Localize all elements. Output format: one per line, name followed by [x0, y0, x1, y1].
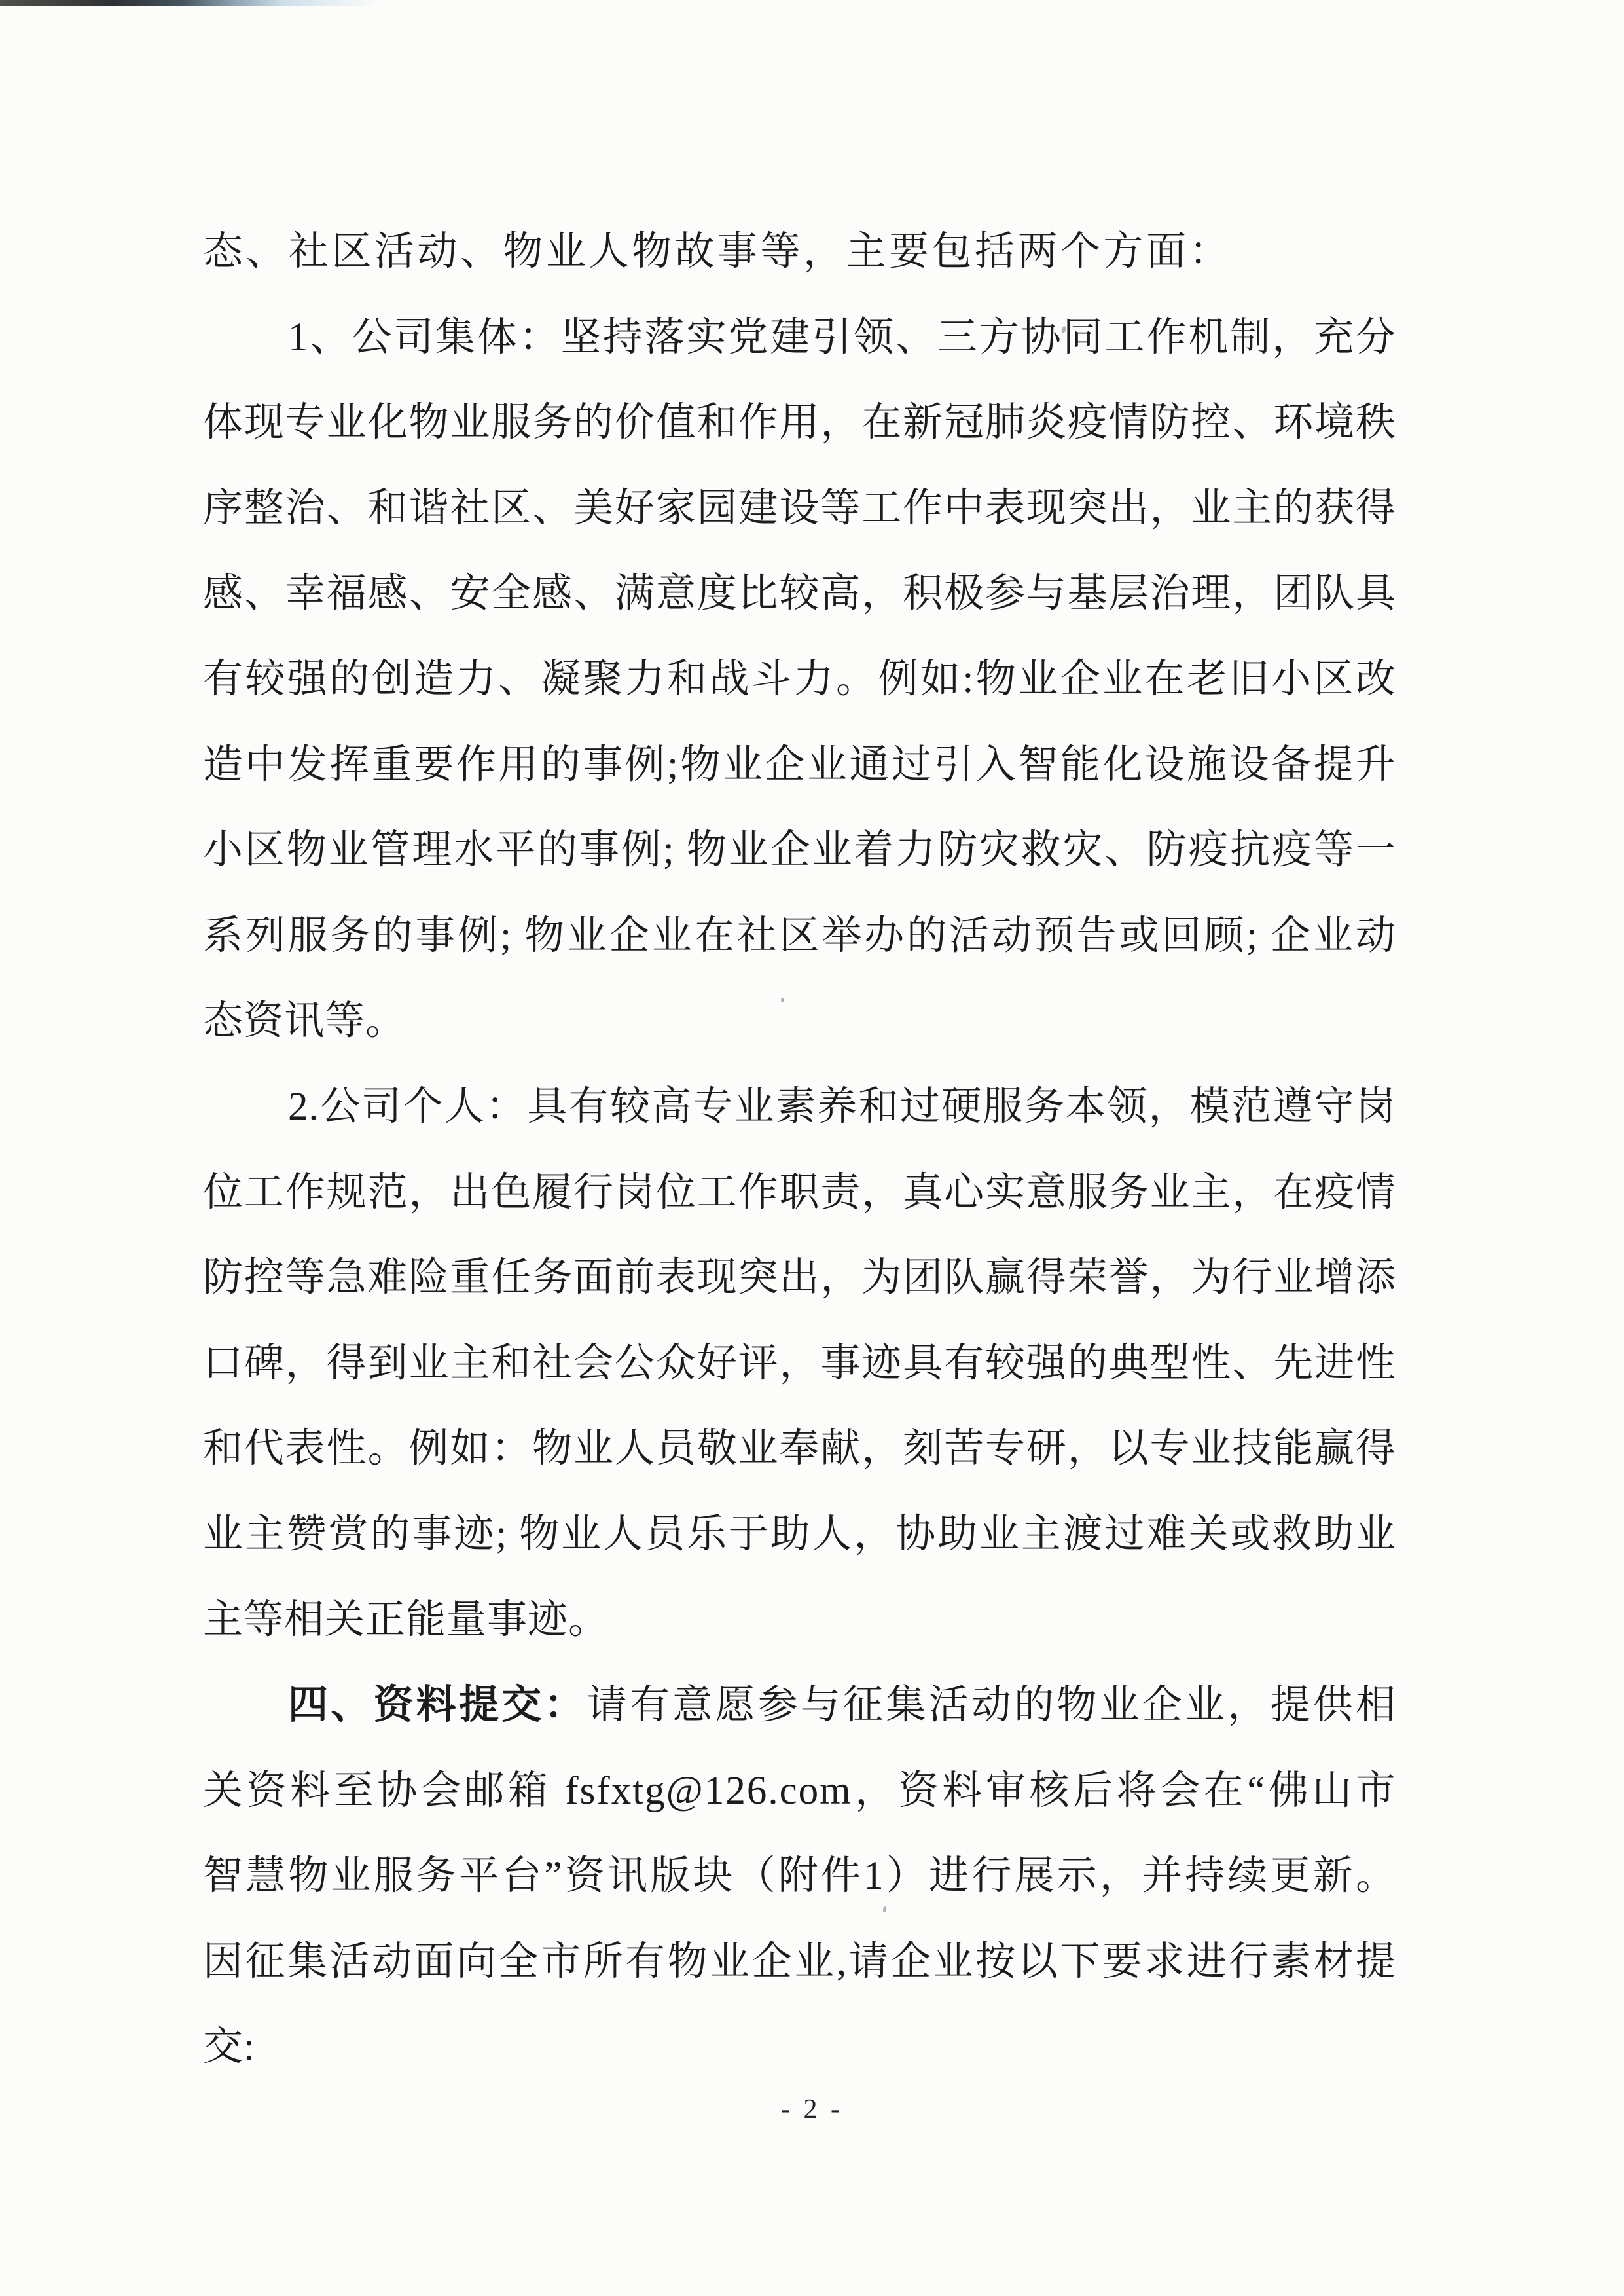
text-line-content: 有较强的创造力、凝聚力和战斗力。例如:物业企业在老旧小区改	[203, 657, 1396, 701]
text-line-content: 主等相关正能量事迹。	[203, 1598, 609, 1642]
text-line: 交:	[203, 2005, 1396, 2090]
text-line-content: 位工作规范，出色履行岗位工作职责，真心实意服务业主，在疫情	[203, 1171, 1396, 1214]
text-line: 体现专业化物业服务的价值和作用，在新冠肺炎疫情防控、环境秩	[203, 380, 1396, 466]
text-line-content: 因征集活动面向全市所有物业企业,请企业按以下要求进行素材提	[203, 1940, 1396, 1984]
text-line-content: 感、幸福感、安全感、满意度比较高，积极参与基层治理，团队具	[203, 572, 1396, 615]
text-line-content: 请有意愿参与征集活动的物业企业，提供相	[587, 1683, 1396, 1727]
text-line-content: 小区物业管理水平的事例; 物业企业着力防灾救灾、防疫抗疫等一	[203, 828, 1396, 872]
text-line-content: ，资料审核后将会在“佛山市	[852, 1769, 1396, 1813]
text-line: 系列服务的事例; 物业企业在社区举办的活动预告或回顾; 企业动	[203, 894, 1396, 979]
text-line: 关资料至协会邮箱 fsfxtg@126.com，资料审核后将会在“佛山市	[203, 1749, 1396, 1834]
section-heading-materials-submission: 四、资料提交：	[288, 1683, 587, 1727]
text-line-content: 1、公司集体：坚持落实党建引领、三方协同工作机制，充分	[288, 316, 1396, 359]
page-number: - 2 -	[0, 2094, 1624, 2125]
document-page: 态、社区活动、物业人物故事等，主要包括两个方面： 1、公司集体：坚持落实党建引领…	[0, 0, 1624, 2296]
scan-speck	[781, 998, 784, 1002]
text-line-content: 造中发挥重要作用的事例;物业企业通过引入智能化设施设备提升	[203, 743, 1396, 787]
text-line: 业主赞赏的事迹; 物业人员乐于助人，协助业主渡过难关或救助业	[203, 1492, 1396, 1578]
text-line: 位工作规范，出色履行岗位工作职责，真心实意服务业主，在疫情	[203, 1150, 1396, 1236]
text-line-content: 和代表性。例如：物业人员敬业奉献，刻苦专研，以专业技能赢得	[203, 1427, 1396, 1470]
document-body: 态、社区活动、物业人物故事等，主要包括两个方面： 1、公司集体：坚持落实党建引领…	[203, 210, 1396, 2090]
text-line-content: 防控等急难险重任务面前表现突出，为团队赢得荣誉，为行业增添	[203, 1256, 1396, 1300]
text-line: 序整治、和谐社区、美好家园建设等工作中表现突出，业主的获得	[203, 466, 1396, 552]
text-line: 小区物业管理水平的事例; 物业企业着力防灾救灾、防疫抗疫等一	[203, 808, 1396, 894]
text-line: 因征集活动面向全市所有物业企业,请企业按以下要求进行素材提	[203, 1920, 1396, 2005]
email-address: fsfxtg@126.com	[565, 1769, 852, 1813]
text-line: 1、公司集体：坚持落实党建引领、三方协同工作机制，充分	[203, 295, 1396, 381]
text-line: 智慧物业服务平台”资讯版块（附件1）进行展示，并持续更新。	[203, 1834, 1396, 1920]
text-line: 有较强的创造力、凝聚力和战斗力。例如:物业企业在老旧小区改	[203, 637, 1396, 723]
text-line-content: 2.公司个人：具有较高专业素养和过硬服务本领，模范遵守岗	[288, 1085, 1396, 1129]
text-line: 防控等急难险重任务面前表现突出，为团队赢得荣誉，为行业增添	[203, 1235, 1396, 1321]
text-line-content: 口碑，得到业主和社会公众好评，事迹具有较强的典型性、先进性	[203, 1341, 1396, 1385]
text-line-content: 态、社区活动、物业人物故事等，主要包括两个方面：	[203, 230, 1232, 274]
text-line-content: 序整治、和谐社区、美好家园建设等工作中表现突出，业主的获得	[203, 486, 1396, 530]
text-line-content: 智慧物业服务平台”资讯版块（附件1）进行展示，并持续更新。	[203, 1854, 1396, 1898]
text-line-content: 关资料至协会邮箱	[203, 1769, 565, 1813]
text-line: 态资讯等。	[203, 979, 1396, 1065]
text-line: 四、资料提交：请有意愿参与征集活动的物业企业，提供相	[203, 1663, 1396, 1749]
text-line: 感、幸福感、安全感、满意度比较高，积极参与基层治理，团队具	[203, 551, 1396, 637]
scan-artifact-bar	[0, 0, 380, 6]
text-line-content: 业主赞赏的事迹; 物业人员乐于助人，协助业主渡过难关或救助业	[203, 1512, 1396, 1556]
text-line: 主等相关正能量事迹。	[203, 1578, 1396, 1664]
text-line: 和代表性。例如：物业人员敬业奉献，刻苦专研，以专业技能赢得	[203, 1406, 1396, 1492]
text-line-content: 态资讯等。	[203, 999, 406, 1043]
text-line: 态、社区活动、物业人物故事等，主要包括两个方面：	[203, 210, 1396, 295]
text-line-content: 交:	[203, 2025, 255, 2069]
text-line: 2.公司个人：具有较高专业素养和过硬服务本领，模范遵守岗	[203, 1065, 1396, 1150]
text-line-content: 系列服务的事例; 物业企业在社区举办的活动预告或回顾; 企业动	[203, 914, 1396, 958]
text-line: 口碑，得到业主和社会公众好评，事迹具有较强的典型性、先进性	[203, 1321, 1396, 1407]
text-line: 造中发挥重要作用的事例;物业企业通过引入智能化设施设备提升	[203, 723, 1396, 809]
text-line-content: 体现专业化物业服务的价值和作用，在新冠肺炎疫情防控、环境秩	[203, 401, 1396, 445]
